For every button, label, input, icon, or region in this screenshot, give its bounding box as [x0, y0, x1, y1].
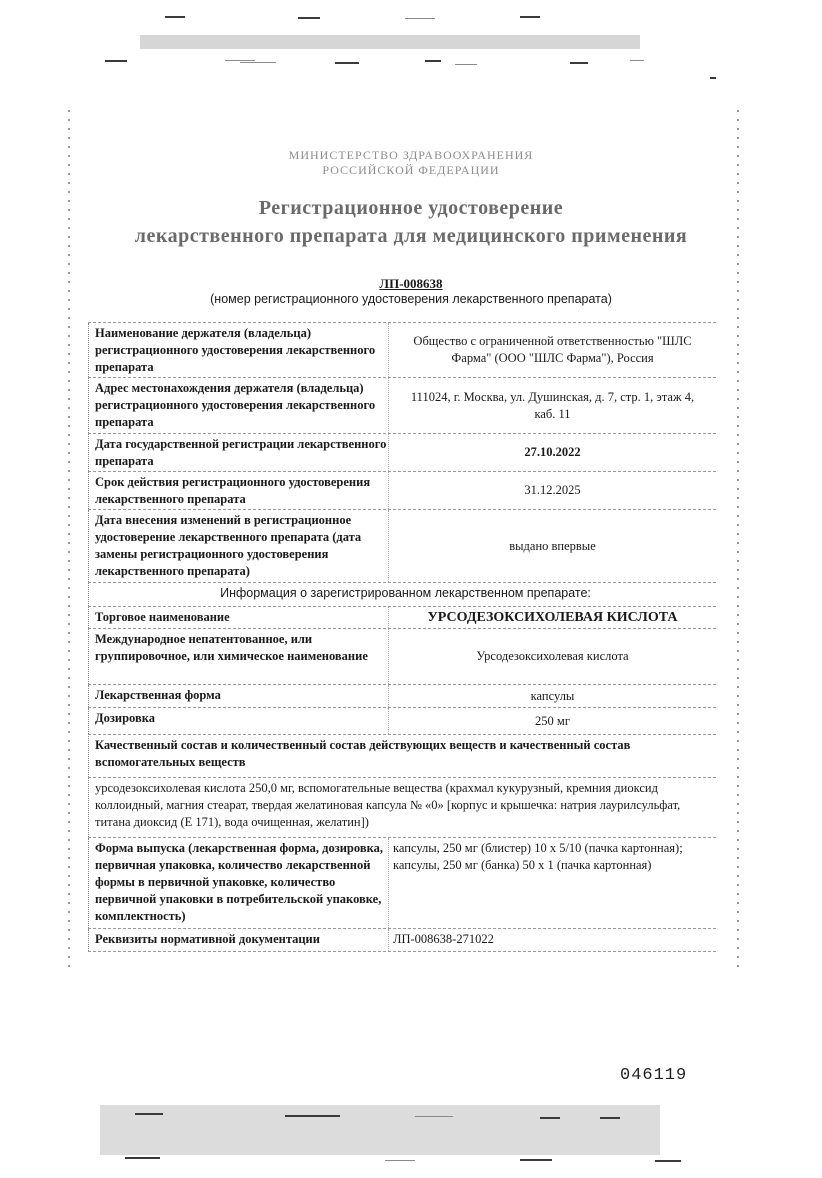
row-label: Лекарственная форма [88, 685, 388, 707]
row-label: Наименование держателя (владельца) регис… [88, 323, 388, 377]
row-value: капсулы, 250 мг (блистер) 10 x 5/10 (пач… [388, 838, 716, 928]
row-trade-name: Торговое наименование УРСОДЕЗОКСИХОЛЕВАЯ… [88, 606, 716, 628]
row-label: Реквизиты нормативной документации [88, 929, 388, 951]
row-registration-date: Дата государственной регистрации лекарст… [88, 433, 716, 471]
row-label: Дата государственной регистрации лекарст… [88, 434, 388, 471]
composition-value: урсодезоксихолевая кислота 250,0 мг, всп… [88, 777, 716, 837]
release-form-line2: капсулы, 250 мг (банка) 50 x 1 (пачка ка… [393, 857, 651, 874]
row-label: Дозировка [88, 708, 388, 734]
row-value: Урсодезоксихолевая кислота [388, 629, 716, 684]
row-dosage: Дозировка 250 мг [88, 707, 716, 734]
ministry-line1: МИНИСТЕРСТВО ЗДРАВООХРАНЕНИЯ [0, 148, 822, 163]
serial-number: 046119 [620, 1066, 687, 1085]
registration-number: ЛП-008638 [0, 276, 822, 292]
scan-noise-bottom [0, 1095, 822, 1165]
row-value: 250 мг [388, 708, 716, 734]
row-label: Международное непатентованное, или групп… [88, 629, 388, 684]
row-label: Торговое наименование [88, 607, 388, 628]
ministry-header: МИНИСТЕРСТВО ЗДРАВООХРАНЕНИЯ РОССИЙСКОЙ … [0, 148, 822, 178]
info-heading: Информация о зарегистрированном лекарств… [88, 582, 716, 606]
row-value: 31.12.2025 [388, 472, 716, 509]
composition-label: Качественный состав и количественный сос… [88, 734, 716, 777]
release-form-line1: капсулы, 250 мг (блистер) 10 x 5/10 (пач… [393, 840, 683, 857]
row-value: ЛП-008638-271022 [388, 929, 716, 951]
row-inn: Международное непатентованное, или групп… [88, 628, 716, 684]
row-holder-address: Адрес местонахождения держателя (владель… [88, 377, 716, 433]
row-value: выдано впервые [388, 510, 716, 582]
row-release-form: Форма выпуска (лекарственная форма, дози… [88, 837, 716, 928]
row-value: 27.10.2022 [388, 434, 716, 471]
row-value: 111024, г. Москва, ул. Душинская, д. 7, … [388, 378, 716, 433]
row-label: Адрес местонахождения держателя (владель… [88, 378, 388, 433]
row-validity: Срок действия регистрационного удостовер… [88, 471, 716, 509]
document-title: Регистрационное удостоверение лекарствен… [0, 194, 822, 250]
row-normative-docs: Реквизиты нормативной документации ЛП-00… [88, 928, 716, 952]
row-dosage-form: Лекарственная форма капсулы [88, 684, 716, 707]
row-label: Форма выпуска (лекарственная форма, дози… [88, 838, 388, 928]
row-value: Общество с ограниченной ответственностью… [388, 323, 716, 377]
row-label: Срок действия регистрационного удостовер… [88, 472, 388, 509]
row-label: Дата внесения изменений в регистрационно… [88, 510, 388, 582]
row-changes-date: Дата внесения изменений в регистрационно… [88, 509, 716, 582]
registration-number-caption: (номер регистрационного удостоверения ле… [0, 292, 822, 306]
row-value: капсулы [388, 685, 716, 707]
ministry-line2: РОССИЙСКОЙ ФЕДЕРАЦИИ [0, 163, 822, 178]
row-value: УРСОДЕЗОКСИХОЛЕВАЯ КИСЛОТА [388, 607, 716, 628]
scan-noise-top [0, 10, 822, 85]
row-holder-name: Наименование держателя (владельца) регис… [88, 322, 716, 377]
registration-table: Наименование держателя (владельца) регис… [88, 322, 716, 952]
title-line2: лекарственного препарата для медицинског… [0, 222, 822, 250]
title-line1: Регистрационное удостоверение [0, 194, 822, 222]
